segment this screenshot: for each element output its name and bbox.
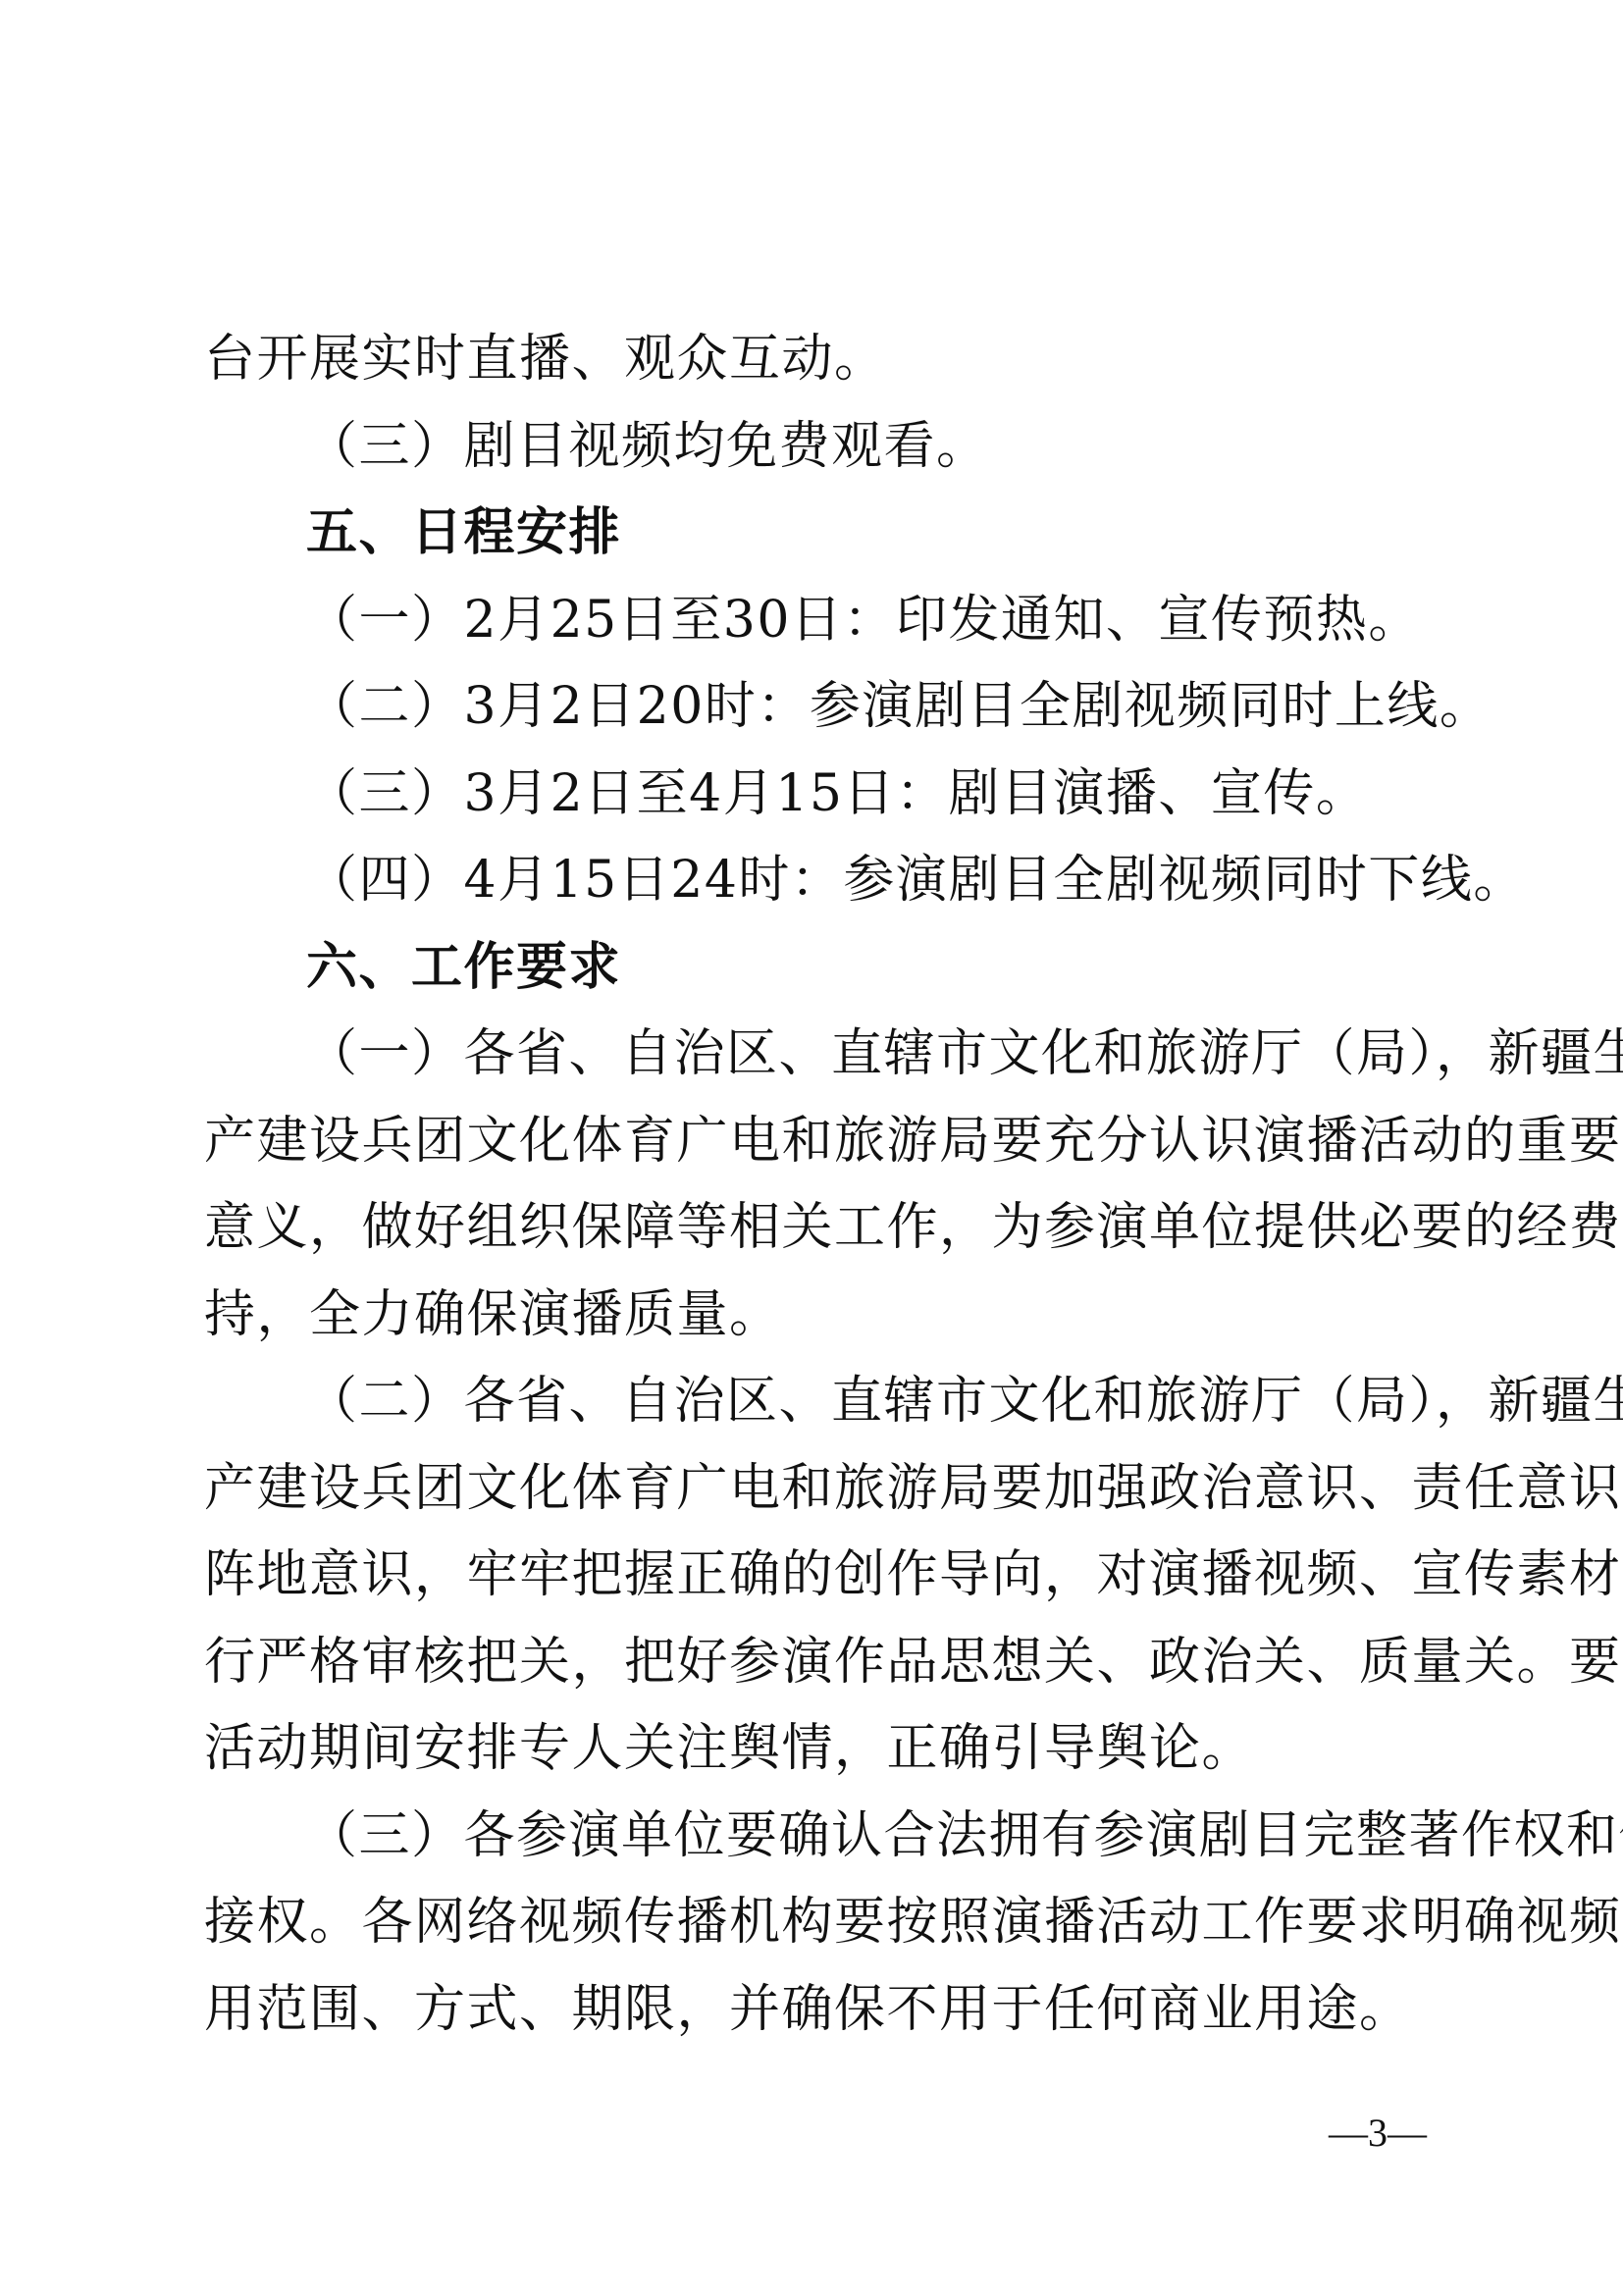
item-paragraph: （三）剧目视频均免费观看。 — [204, 403, 1429, 491]
requirement-3-line: （三）各参演单位要确认合法拥有参演剧目完整著作权和邻 — [204, 1793, 1429, 1880]
document-page: 台开展实时直播、观众互动。 （三）剧目视频均免费观看。 五、日程安排 （一）2月… — [0, 0, 1623, 2296]
page-number: —3— — [1329, 2110, 1427, 2156]
body-line: 台开展实时直播、观众互动。 — [204, 316, 1429, 403]
requirement-1-line: 持，全力确保演播质量。 — [204, 1272, 1429, 1359]
requirement-1-line: 产建设兵团文化体育广电和旅游局要充分认识演播活动的重要 — [204, 1098, 1429, 1185]
requirement-1-line: 意义，做好组织保障等相关工作，为参演单位提供必要的经费支 — [204, 1184, 1429, 1272]
requirement-2-line: （二）各省、自治区、直辖市文化和旅游厅（局），新疆生 — [204, 1358, 1429, 1445]
requirement-3-line: 接权。各网络视频传播机构要按照演播活动工作要求明确视频使 — [204, 1879, 1429, 1966]
schedule-item-2: （二）3月2日20时：参演剧目全剧视频同时上线。 — [204, 663, 1429, 751]
schedule-item-1: （一）2月25日至30日：印发通知、宣传预热。 — [204, 577, 1429, 664]
schedule-item-4: （四）4月15日24时：参演剧目全剧视频同时下线。 — [204, 837, 1429, 924]
requirement-2-line: 行严格审核把关，把好参演作品思想关、政治关、质量关。要在 — [204, 1619, 1429, 1706]
requirement-3-line: 用范围、方式、期限，并确保不用于任何商业用途。 — [204, 1966, 1429, 2054]
requirement-2-line: 活动期间安排专人关注舆情，正确引导舆论。 — [204, 1705, 1429, 1793]
document-body: 台开展实时直播、观众互动。 （三）剧目视频均免费观看。 五、日程安排 （一）2月… — [204, 316, 1429, 2053]
requirement-2-line: 阵地意识，牢牢把握正确的创作导向，对演播视频、宣传素材进 — [204, 1532, 1429, 1619]
requirement-1-line: （一）各省、自治区、直辖市文化和旅游厅（局），新疆生 — [204, 1011, 1429, 1098]
section-heading-requirements: 六、工作要求 — [204, 924, 1429, 1012]
section-heading-schedule: 五、日程安排 — [204, 490, 1429, 577]
requirement-2-line: 产建设兵团文化体育广电和旅游局要加强政治意识、责任意识、 — [204, 1445, 1429, 1533]
schedule-item-3: （三）3月2日至4月15日：剧目演播、宣传。 — [204, 751, 1429, 838]
